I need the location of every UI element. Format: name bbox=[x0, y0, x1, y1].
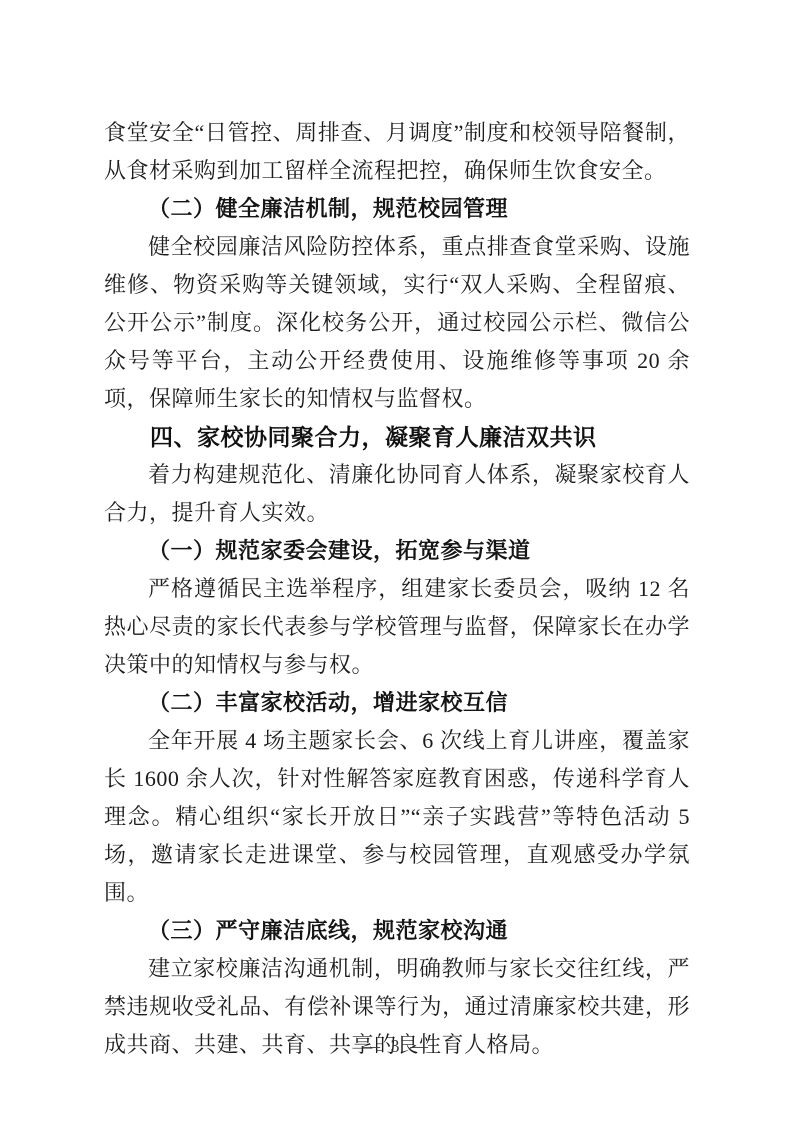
page-number: — 3 — bbox=[0, 1034, 793, 1058]
subsection-heading: （二）丰富家校活动，增进家校互信 bbox=[104, 684, 690, 722]
subsection-heading: （三）严守廉洁底线，规范家校沟通 bbox=[104, 912, 690, 950]
body-paragraph: 全年开展 4 场主题家长会、6 次线上育儿讲座，覆盖家长 1600 余人次，针对… bbox=[104, 722, 690, 912]
document-body: 食堂安全“日管控、周排查、月调度”制度和校领导陪餐制，从食材采购到加工留样全流程… bbox=[104, 114, 690, 1064]
document-page: 食堂安全“日管控、周排查、月调度”制度和校领导陪餐制，从食材采购到加工留样全流程… bbox=[0, 0, 793, 1122]
body-paragraph: 着力构建规范化、清廉化协同育人体系，凝聚家校育人合力，提升育人实效。 bbox=[104, 456, 690, 532]
subsection-heading: （一）规范家委会建设，拓宽参与渠道 bbox=[104, 532, 690, 570]
body-paragraph: 健全校园廉洁风险防控体系，重点排查食堂采购、设施维修、物资采购等关键领域，实行“… bbox=[104, 228, 690, 418]
body-paragraph: 食堂安全“日管控、周排查、月调度”制度和校领导陪餐制，从食材采购到加工留样全流程… bbox=[104, 114, 690, 190]
section-heading: 四、家校协同聚合力，凝聚育人廉洁双共识 bbox=[104, 418, 690, 456]
body-paragraph: 严格遵循民主选举程序，组建家长委员会，吸纳 12 名热心尽责的家长代表参与学校管… bbox=[104, 570, 690, 684]
subsection-heading: （二）健全廉洁机制，规范校园管理 bbox=[104, 190, 690, 228]
